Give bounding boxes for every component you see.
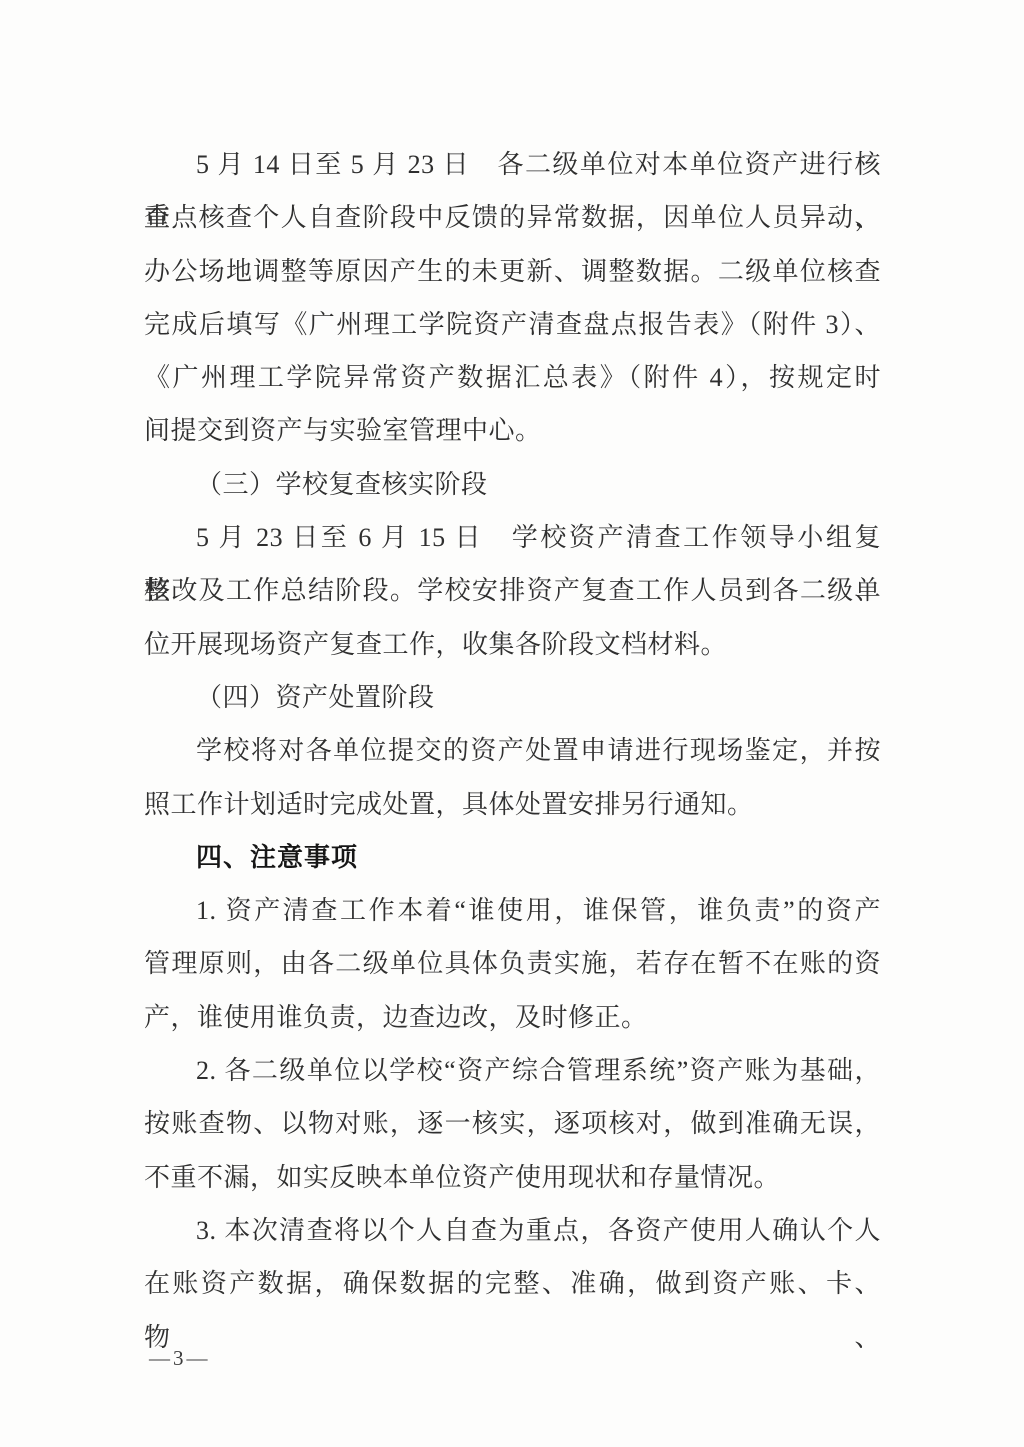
- text-line: 5 月 14 日至 5 月 23 日 各二级单位对本单位资产进行核查，: [144, 138, 881, 191]
- text-line: 学校将对各单位提交的资产处置申请进行现场鉴定，并按: [144, 724, 881, 777]
- subsection-heading: （三）学校复查核实阶段: [144, 458, 881, 511]
- text-line: 完成后填写《广州理工学院资产清查盘点报告表》（附件 3）、: [144, 298, 881, 351]
- text-line: 3. 本次清查将以个人自查为重点，各资产使用人确认个人: [144, 1204, 881, 1257]
- text-line: 整改及工作总结阶段。学校安排资产复查工作人员到各二级单: [144, 564, 881, 617]
- section-heading: 四、注意事项: [144, 831, 881, 884]
- text-line: 5 月 23 日至 6 月 15 日 学校资产清查工作领导小组复核、: [144, 511, 881, 564]
- text-line: 照工作计划适时完成处置，具体处置安排另行通知。: [144, 778, 881, 831]
- subsection-heading: （四）资产处置阶段: [144, 671, 881, 724]
- text-line: 位开展现场资产复查工作，收集各阶段文档材料。: [144, 618, 881, 671]
- text-line: 《广州理工学院异常资产数据汇总表》（附件 4），按规定时: [144, 351, 881, 404]
- text-line: 间提交到资产与实验室管理中心。: [144, 404, 881, 457]
- text-line: 1. 资产清查工作本着“谁使用，谁保管，谁负责”的资产: [144, 884, 881, 937]
- document-page: 5 月 14 日至 5 月 23 日 各二级单位对本单位资产进行核查， 重点核查…: [0, 0, 1024, 1447]
- text-line: 管理原则，由各二级单位具体负责实施，若存在暂不在账的资: [144, 937, 881, 990]
- text-line: 产，谁使用谁负责，边查边改，及时修正。: [144, 991, 881, 1044]
- document-body: 5 月 14 日至 5 月 23 日 各二级单位对本单位资产进行核查， 重点核查…: [144, 138, 881, 1311]
- text-line: 按账查物、以物对账，逐一核实，逐项核对，做到准确无误，: [144, 1097, 881, 1150]
- page-number: —3—: [149, 1346, 211, 1371]
- text-line: 2. 各二级单位以学校“资产综合管理系统”资产账为基础，: [144, 1044, 881, 1097]
- text-line: 不重不漏，如实反映本单位资产使用现状和存量情况。: [144, 1151, 881, 1204]
- text-line: 办公场地调整等原因产生的未更新、调整数据。二级单位核查: [144, 245, 881, 298]
- text-line: 重点核查个人自查阶段中反馈的异常数据，因单位人员异动、: [144, 191, 881, 244]
- text-line: 在账资产数据，确保数据的完整、准确，做到资产账、卡、物、: [144, 1257, 881, 1310]
